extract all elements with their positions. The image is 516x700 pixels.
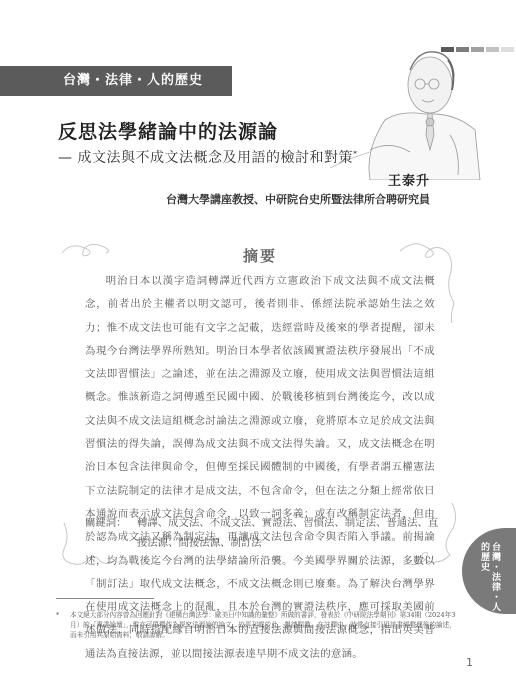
footnote-divider <box>56 598 154 599</box>
footnote: * 本文絕大部分內容曾為回應針對《建構台灣法學：歐美日中知識的彙整》所做的書評，… <box>58 610 458 640</box>
keywords: 關鍵詞： 轉譯、成文法、不成文法、實證法、習慣法、制定法、普通法、直接法源、間接… <box>85 513 440 553</box>
author-affiliation: 台灣大學講座教授、中研院台史所暨法律所合聘研究員 <box>166 191 430 207</box>
author-name: 王泰升 <box>388 170 430 189</box>
abstract-box: 摘要 明治日本以漢字造詞轉譯近代西方立憲政治下成文法與不成文法概念，前者出於主權… <box>60 233 460 573</box>
abstract-heading: 摘要 <box>60 245 460 266</box>
page-number: 1 <box>466 656 473 669</box>
section-banner-text: 台灣・法律・人的歷史 <box>63 66 203 96</box>
side-section-tab-text: 台灣・法律・人的歷史 <box>478 542 500 614</box>
article-subtitle: — 成文法與不成文法概念及用語的檢討和對策* <box>58 147 357 167</box>
keywords-list: 轉譯、成文法、不成文法、實證法、習慣法、制定法、普通法、直接法源、間接法源、制訂… <box>137 513 440 553</box>
article-title: 反思法學緒論中的法源論 <box>58 117 278 144</box>
side-section-tab: 台灣・法律・人的歷史 <box>462 528 516 614</box>
section-banner: 台灣・法律・人的歷史 <box>0 66 232 96</box>
footnote-marker: * <box>56 610 59 620</box>
color-swatch <box>501 47 514 52</box>
footnote-text: 本文絕大部分內容曾為回應針對《建構台灣法學：歐美日中知識的彙整》所做的書評，發表… <box>70 610 458 640</box>
article-subtitle-text: — 成文法與不成文法概念及用語的檢討和對策 <box>58 150 353 166</box>
keywords-label: 關鍵詞： <box>85 513 127 533</box>
footnote-ref[interactable]: * <box>353 149 358 158</box>
abstract-body: 明治日本以漢字造詞轉譯近代西方立憲政治下成文法與不成文法概念，前者出於主權者以明… <box>85 270 435 666</box>
